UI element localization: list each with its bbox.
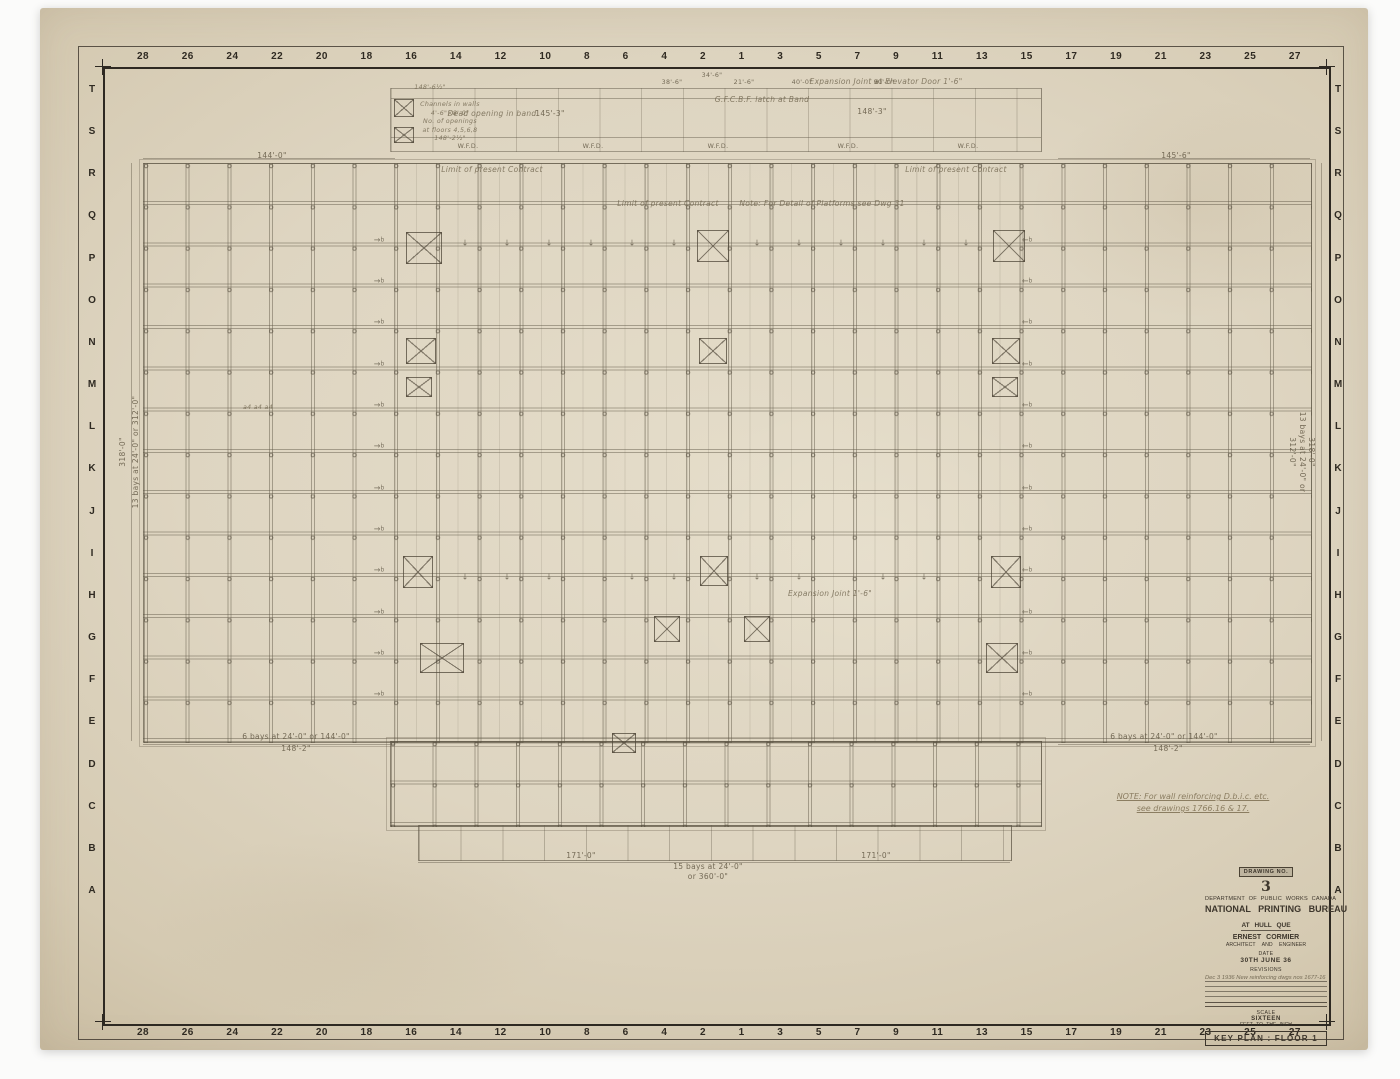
- scale-label: 14: [450, 1027, 462, 1038]
- scale-label: 1: [739, 1027, 745, 1038]
- revision-entry: Dec 3 1936 New reinforcing dwgs nos 1677…: [1205, 975, 1327, 982]
- scale-label: H: [88, 590, 95, 601]
- scale-label: J: [1335, 506, 1341, 517]
- scale-label: 22: [271, 51, 283, 62]
- scale-label: 26: [182, 51, 194, 62]
- scale-label: S: [1335, 126, 1342, 137]
- ruled-line: [1205, 992, 1327, 997]
- scale-label: 21: [1155, 51, 1167, 62]
- scale-label: 3: [777, 51, 783, 62]
- grid-scale-left: TSRQPONMLKJIHGFEDCBA: [84, 84, 100, 896]
- scale-label: F: [89, 674, 95, 685]
- scale-label: 19: [1110, 51, 1122, 62]
- scale-label: A: [88, 885, 95, 896]
- scale-label: 10: [539, 1027, 551, 1038]
- scale-label: 17: [1065, 51, 1077, 62]
- date-value: 30TH JUNE 36: [1205, 957, 1327, 964]
- scale-label: 18: [361, 1027, 373, 1038]
- scale-label: 22: [271, 1027, 283, 1038]
- dimension-line: [418, 862, 1010, 863]
- dimension-line: [1058, 158, 1310, 159]
- scale-label: 12: [495, 1027, 507, 1038]
- scale-label: 18: [361, 51, 373, 62]
- plan-bottom-strip: [418, 825, 1012, 861]
- wall-reinforcing-note: NOTE: For wall reinforcing D.b.i.c. etc.…: [1103, 791, 1283, 815]
- scale-label: 24: [226, 51, 238, 62]
- scale-label: 24: [226, 1027, 238, 1038]
- scale-label: 8: [584, 51, 590, 62]
- double-rule: [1205, 1002, 1327, 1007]
- scale-label: C: [1334, 801, 1341, 812]
- scale-label: K: [88, 463, 95, 474]
- scale-label: R: [1334, 168, 1341, 179]
- scale-label: 27: [1289, 51, 1301, 62]
- scale-label: 2: [700, 51, 706, 62]
- scale-label: I: [91, 548, 94, 559]
- scale-label: Q: [1334, 210, 1342, 221]
- scale-label: J: [89, 506, 95, 517]
- frame-corner-mark: [95, 1014, 111, 1030]
- scale-label: 7: [855, 1027, 861, 1038]
- sheet-title: KEY PLAN : FLOOR 1: [1205, 1031, 1327, 1046]
- scale-label: 13: [976, 51, 988, 62]
- scale-label: 5: [816, 51, 822, 62]
- dimension-line: [1058, 744, 1310, 745]
- scale-label: 2: [700, 1027, 706, 1038]
- architect-name: ERNEST CORMIER: [1205, 934, 1327, 941]
- plan-lower-center-grid: [390, 741, 1042, 827]
- scale-label: G: [88, 632, 96, 643]
- drawing-number: 3: [1205, 879, 1327, 895]
- scale-label: 5: [816, 1027, 822, 1038]
- scale-label: C: [88, 801, 95, 812]
- scale-label: 4: [661, 51, 667, 62]
- dimension-line: [1321, 163, 1322, 741]
- scale-label: B: [88, 843, 95, 854]
- scale-label: 4: [661, 1027, 667, 1038]
- scale-label: E: [89, 716, 96, 727]
- scale-label: 21: [1155, 1027, 1167, 1038]
- scale-label: 28: [137, 1027, 149, 1038]
- scale-label: 26: [182, 1027, 194, 1038]
- scale-label: S: [89, 126, 96, 137]
- scale-label: 9: [893, 1027, 899, 1038]
- scale-label: T: [1335, 84, 1341, 95]
- scale-label: 8: [584, 1027, 590, 1038]
- project-location: AT HULL QUE: [1241, 922, 1290, 931]
- scale-label: 14: [450, 51, 462, 62]
- scale-label: 16: [405, 1027, 417, 1038]
- scale-label: Q: [88, 210, 96, 221]
- frame-corner-mark: [1319, 59, 1335, 75]
- scale-label: O: [1334, 295, 1342, 306]
- note-line: see drawings 1766.16 & 17.: [1103, 803, 1283, 815]
- scale-label: D: [88, 759, 95, 770]
- scale-label: E: [1335, 716, 1342, 727]
- scale-label: 13: [976, 1027, 988, 1038]
- scale-label: H: [1334, 590, 1341, 601]
- scale-label: 9: [893, 51, 899, 62]
- scale-label: 17: [1065, 1027, 1077, 1038]
- scale-label: P: [89, 253, 96, 264]
- grid-scale-bottom: 2826242220181614121086421357911131517192…: [137, 1024, 1301, 1040]
- scale-label: 6: [623, 51, 629, 62]
- architect-role: ARCHITECT AND ENGINEER: [1205, 942, 1327, 948]
- scale-label: A: [1334, 885, 1341, 896]
- scale-label: I: [1337, 548, 1340, 559]
- grid-scale-right: TSRQPONMLKJIHGFEDCBA: [1330, 84, 1346, 896]
- scale-label: 6: [623, 1027, 629, 1038]
- scale-label: N: [88, 337, 95, 348]
- revisions-label: REVISIONS: [1205, 967, 1327, 973]
- scale-label: 16: [405, 51, 417, 62]
- scale-label: 28: [137, 51, 149, 62]
- scale-label: 11: [932, 51, 944, 62]
- dimension-line: [143, 158, 395, 159]
- scale-label: 11: [932, 1027, 944, 1038]
- scale-label: N: [1334, 337, 1341, 348]
- scanned-drawing-page: 2826242220181614121086421357911131517192…: [0, 0, 1400, 1079]
- scale-unit: FEET TO THE INCH: [1205, 1022, 1327, 1028]
- scale-label: F: [1335, 674, 1341, 685]
- scale-label: 7: [855, 51, 861, 62]
- scale-label: 20: [316, 1027, 328, 1038]
- scale-label: M: [88, 379, 96, 390]
- scale-label: L: [89, 421, 95, 432]
- frame-corner-mark: [95, 59, 111, 75]
- scale-label: B: [1334, 843, 1341, 854]
- department-line: DEPARTMENT OF PUBLIC WORKS CANADA: [1205, 896, 1327, 902]
- scale-label: 10: [539, 51, 551, 62]
- scale-label: 25: [1244, 51, 1256, 62]
- scale-label: D: [1334, 759, 1341, 770]
- plan-center-fine-lines: [395, 163, 1040, 741]
- scale-label: 3: [777, 1027, 783, 1038]
- scale-label: O: [88, 295, 96, 306]
- scale-label: 23: [1199, 51, 1211, 62]
- scale-label: K: [1334, 463, 1341, 474]
- scale-label: M: [1334, 379, 1342, 390]
- scale-label: R: [88, 168, 95, 179]
- scale-label: 12: [495, 51, 507, 62]
- dimension-line: [143, 744, 395, 745]
- scale-label: 19: [1110, 1027, 1122, 1038]
- scale-label: 1: [739, 51, 745, 62]
- title-block: DRAWING NO. 3 DEPARTMENT OF PUBLIC WORKS…: [1205, 860, 1327, 1018]
- drawing-no-label: DRAWING NO.: [1239, 867, 1294, 877]
- scale-label: 15: [1021, 51, 1033, 62]
- scale-label: G: [1334, 632, 1342, 643]
- scale-label: L: [1335, 421, 1341, 432]
- scale-label: T: [89, 84, 95, 95]
- scale-label: 15: [1021, 1027, 1033, 1038]
- plan-top-band: [390, 88, 1042, 152]
- scale-label: P: [1335, 253, 1342, 264]
- scale-label: 20: [316, 51, 328, 62]
- note-line: NOTE: For wall reinforcing D.b.i.c. etc.: [1103, 791, 1283, 803]
- grid-scale-top: 2826242220181614121086421357911131517192…: [137, 48, 1301, 64]
- project-title: NATIONAL PRINTING BUREAU: [1205, 904, 1327, 914]
- dimension-line: [131, 163, 132, 741]
